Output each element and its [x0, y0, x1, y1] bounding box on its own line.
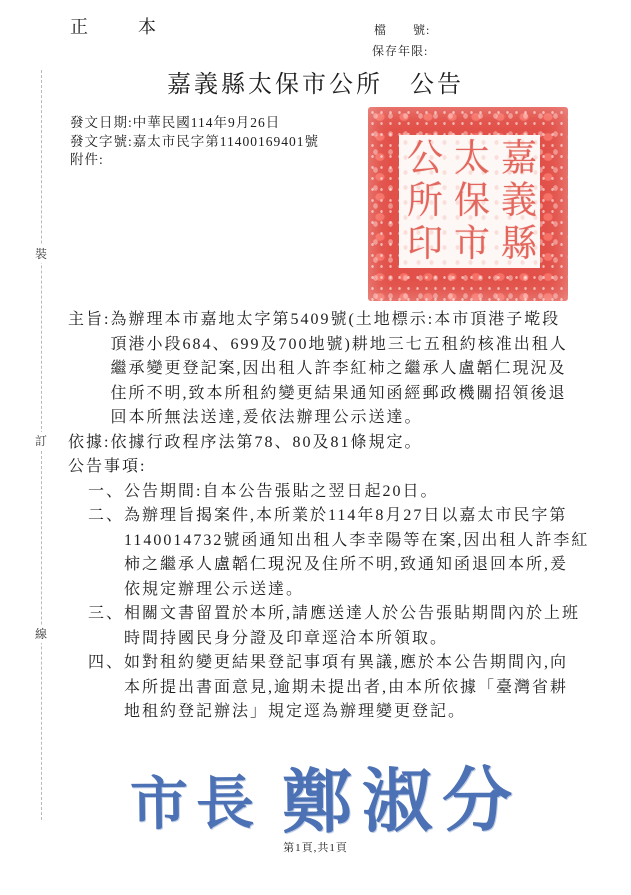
text-line: 本所提出書面意見,逾期未提出者,由本所依據「臺灣省耕: [124, 676, 608, 701]
item-4-text: 如對租約變更結果登記事項有異議,應於本公告期間內,向本所提出書面意見,逾期未提出…: [124, 651, 608, 725]
text-line: 時間持國民身分證及印章逕洽本所領取。: [124, 627, 608, 652]
doc-number-value: 嘉太市民字第11400169401號: [133, 134, 319, 149]
attachment-label: 附件:: [70, 152, 104, 167]
binding-mark-ding: 訂: [35, 432, 47, 450]
text-line: 回本所無法送達,爰依法辦理公示送達。: [110, 406, 608, 431]
item-4-number: 四、: [88, 651, 124, 725]
text-line: 頂港小段684、699及700地號)耕地三七五租約核准出租人: [110, 333, 608, 358]
basis-label: 依據:: [68, 431, 110, 456]
announcement-item-3: 三、 相關文書留置於本所,請應送達人於公告張貼期間內於上班時間持國民身分證及印章…: [88, 602, 608, 651]
subject-text: 為辦理本市嘉地太字第5409號(土地標示:本市頂港子墘段頂港小段684、699及…: [110, 308, 608, 431]
text-line: 地租約登記辦法」規定逕為辦理變更登記。: [124, 700, 608, 725]
basis-section: 依據: 依據行政程序法第78、80及81條規定。: [68, 431, 608, 456]
item-3-text: 相關文書留置於本所,請應送達人於公告張貼期間內於上班時間持國民身分證及印章逕洽本…: [124, 602, 608, 651]
announcement-item-2: 二、 為辦理旨揭案件,本所業於114年8月27日以嘉太市民字第114001473…: [88, 504, 608, 602]
issue-date-label: 發文日期:: [70, 115, 133, 130]
mayor-name: 鄭淑分: [281, 744, 522, 848]
seal-text-column-left: 公所印: [405, 138, 441, 266]
copy-type-label: 正 本: [70, 13, 172, 39]
seal-inner-square: 嘉義縣 太保市 公所印: [399, 135, 540, 268]
subject-label: 主旨:: [68, 308, 110, 431]
text-line: 如對租約變更結果登記事項有異議,應於本公告期間內,向: [124, 651, 608, 676]
announcement-body: 主旨: 為辦理本市嘉地太字第5409號(土地標示:本市頂港子墘段頂港小段684、…: [68, 308, 608, 725]
text-line: 公告期間:自本公告張貼之翌日起20日。: [124, 480, 608, 505]
issue-date-row: 發文日期:中華民國114年9月26日: [70, 114, 319, 133]
subject-section: 主旨: 為辦理本市嘉地太字第5409號(土地標示:本市頂港子墘段頂港小段684、…: [68, 308, 608, 431]
document-meta: 發文日期:中華民國114年9月26日 發文字號:嘉太市民字第1140016940…: [70, 114, 319, 170]
item-3-number: 三、: [88, 602, 124, 651]
binding-mark-xian: 線: [35, 625, 47, 643]
text-line: 相關文書留置於本所,請應送達人於公告張貼期間內於上班: [124, 602, 608, 627]
item-1-number: 一、: [88, 480, 124, 505]
seal-text-column-right: 嘉義縣: [499, 138, 535, 266]
announcement-item-4: 四、 如對租約變更結果登記事項有異議,應於本公告期間內,向本所提出書面意見,逾期…: [88, 651, 608, 725]
text-line: 依據行政程序法第78、80及81條規定。: [110, 431, 608, 456]
doc-number-label: 發文字號:: [70, 134, 133, 149]
binding-mark-zhuang: 裝: [35, 245, 47, 263]
text-line: 繼承變更登記案,因出租人許李紅柿之繼承人盧韜仁現況及: [110, 357, 608, 382]
doc-number-row: 發文字號:嘉太市民字第11400169401號: [70, 133, 319, 152]
announcement-item-1: 一、 公告期間:自本公告張貼之翌日起20日。: [88, 480, 608, 505]
seal-text-column-middle: 太保市: [452, 138, 488, 266]
basis-text: 依據行政程序法第78、80及81條規定。: [110, 431, 608, 456]
items-header: 公告事項:: [68, 455, 608, 480]
text-line: 柿之繼承人盧韜仁現況及住所不明,致通知函退回本所,爰: [124, 553, 608, 578]
text-line: 1140014732號函通知出租人李幸陽等在案,因出租人許李紅: [124, 529, 608, 554]
document-title: 嘉義縣太保市公所 公告: [0, 64, 631, 99]
page-number-footer: 第1頁,共1頁: [0, 839, 631, 855]
text-line: 為辦理本市嘉地太字第5409號(土地標示:本市頂港子墘段: [110, 308, 608, 333]
text-line: 住所不明,致本所租約變更結果通知函經郵政機關招領後退: [110, 382, 608, 407]
text-line: 依規定辦理公示送達。: [124, 578, 608, 603]
retention-period-label: 保存年限:: [372, 42, 428, 59]
mayor-signature-stamp: 市長 鄭淑分: [129, 744, 522, 849]
text-line: 為辦理旨揭案件,本所業於114年8月27日以嘉太市民字第: [124, 504, 608, 529]
item-1-text: 公告期間:自本公告張貼之翌日起20日。: [124, 480, 608, 505]
file-number-label: 檔 號:: [374, 21, 430, 38]
issue-date-value: 中華民國114年9月26日: [133, 115, 281, 130]
official-seal-stamp: 嘉義縣 太保市 公所印: [368, 107, 568, 301]
item-2-text: 為辦理旨揭案件,本所業於114年8月27日以嘉太市民字第1140014732號函…: [124, 504, 608, 602]
attachment-row: 附件:: [70, 151, 319, 170]
item-2-number: 二、: [88, 504, 124, 602]
mayor-title: 市長: [130, 755, 263, 840]
announcement-document-page: { "document": { "copy_label": "正 本", "fi…: [0, 0, 631, 895]
